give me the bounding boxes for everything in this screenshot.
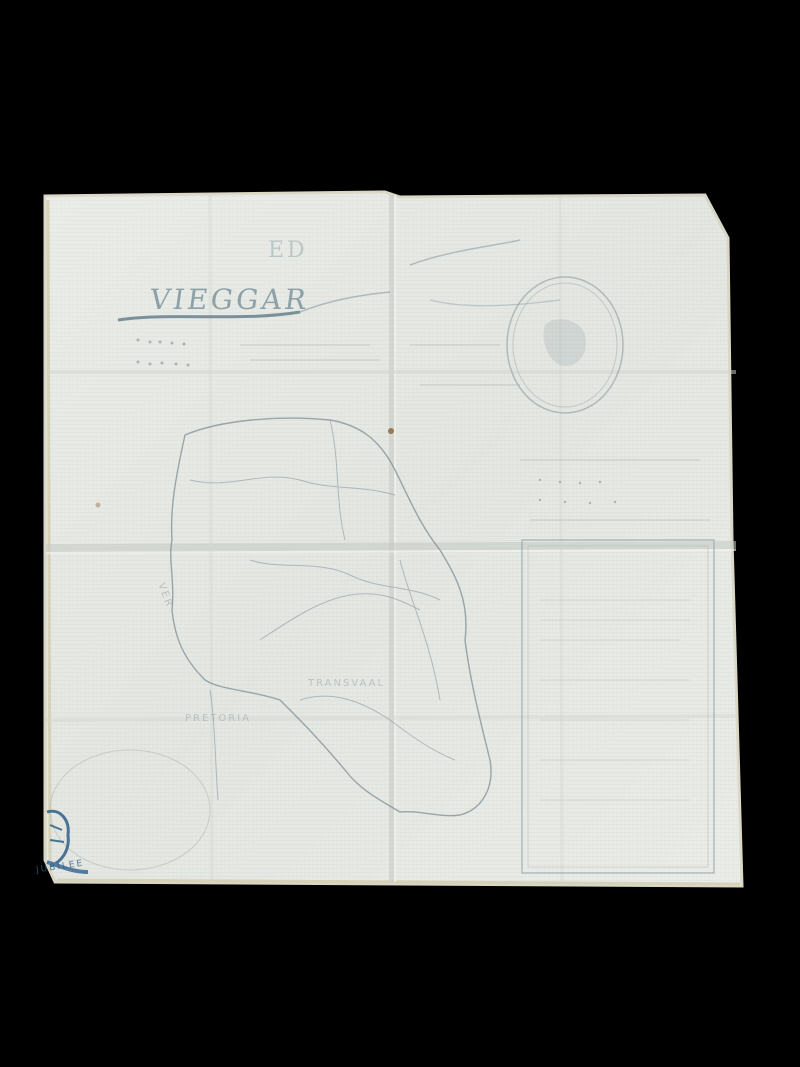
map-title-fragment-viegar: VIEGGAR — [148, 283, 311, 316]
map-title-fragment-ed: ED — [268, 238, 308, 263]
map-label-transvaal: TRANSVAAL — [308, 678, 385, 689]
fold-line-horizontal — [46, 545, 736, 548]
cloth-map — [0, 0, 800, 1067]
map-label-pretoria: PRETORIA — [185, 713, 251, 724]
stain — [388, 428, 394, 434]
